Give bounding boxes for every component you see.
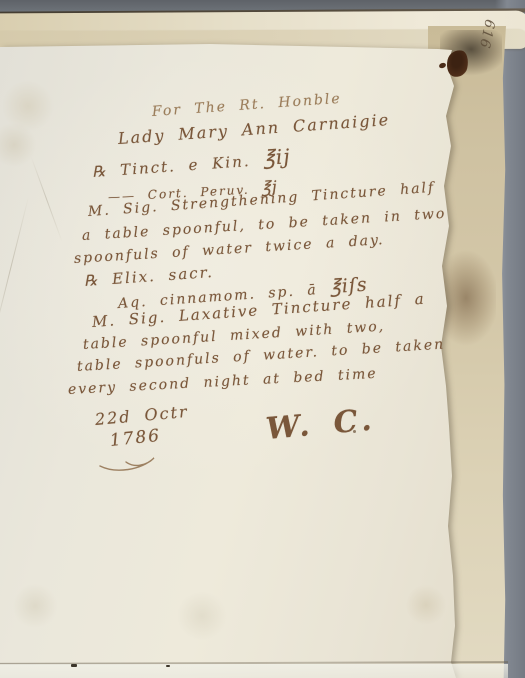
paper-crease [31,157,63,242]
rx-symbol: ℞ [92,162,109,181]
ink-speck [353,430,356,433]
paper-stain [12,584,58,628]
paper-stain [406,584,446,626]
fold-speck [71,664,77,667]
paper-stain [176,592,228,640]
date-flourish [96,450,186,472]
rx-quantity: ℥ij [262,144,291,170]
paper-crease [0,196,29,342]
fold-speck [166,665,170,667]
manuscript-photo: For The Rt. Honble Lady Mary Ann Carnaig… [0,0,525,678]
rx-symbol: ℞ [83,271,100,290]
